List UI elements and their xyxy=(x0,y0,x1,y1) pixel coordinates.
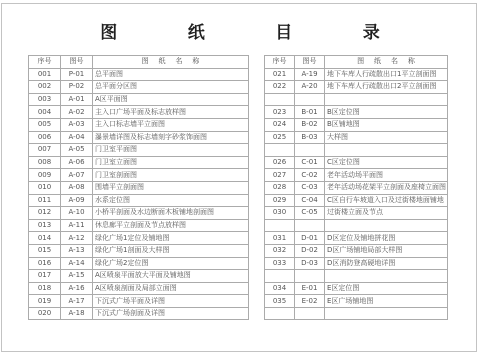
seq-cell: 002 xyxy=(29,81,61,94)
seq-cell: 008 xyxy=(29,156,61,169)
drawing-no-cell: D-02 xyxy=(295,244,325,257)
table-row: 001P-01总平面图 xyxy=(29,68,249,81)
header-drawing-no: 图号 xyxy=(61,56,93,69)
drawing-name-cell: 大样图 xyxy=(325,131,448,144)
drawing-no-cell: A-01 xyxy=(61,93,93,106)
drawing-no-cell: A-03 xyxy=(61,118,93,131)
seq-cell: 009 xyxy=(29,169,61,182)
drawing-name-cell: 老年活动场花架平立剖面及座椅立面图 xyxy=(325,181,448,194)
seq-cell: 034 xyxy=(265,282,295,295)
drawing-name-cell: 主入口广场平面及标志放样图 xyxy=(93,106,249,119)
drawing-no-cell: C-02 xyxy=(295,169,325,182)
seq-cell: 017 xyxy=(29,270,61,283)
table-row: 034E-01E区定位图 xyxy=(265,282,448,295)
drawing-no-cell: A-02 xyxy=(61,106,93,119)
seq-cell: 010 xyxy=(29,181,61,194)
drawing-name-cell: E区定位图 xyxy=(325,282,448,295)
seq-cell: 027 xyxy=(265,169,295,182)
drawing-name-cell xyxy=(325,93,448,106)
drawing-name-cell: B区定位图 xyxy=(325,106,448,119)
drawing-no-cell: A-13 xyxy=(61,244,93,257)
table-row xyxy=(265,219,448,232)
drawing-name-cell: C区定位图 xyxy=(325,156,448,169)
drawing-no-cell: A-05 xyxy=(61,144,93,157)
seq-cell xyxy=(265,144,295,157)
table-row: 003A-01A区平面图 xyxy=(29,93,249,106)
table-row: 006A-04瀑景墙详图及标志墙刻字砂浆饰面图 xyxy=(29,131,249,144)
seq-cell: 007 xyxy=(29,144,61,157)
seq-cell: 011 xyxy=(29,194,61,207)
table-row: 018A-16A区喷泉剖面及局部立面图 xyxy=(29,282,249,295)
page-title: 图 纸 目 录 xyxy=(0,18,480,43)
drawing-name-cell: 门卫室剖面图 xyxy=(93,169,249,182)
drawing-name-cell: 绿化广场2定位图 xyxy=(93,257,249,270)
drawing-name-cell: A区喷泉剖面及局部立面图 xyxy=(93,282,249,295)
header-seq: 序号 xyxy=(265,56,295,69)
table-row: 019A-17下沉式广场平面及详图 xyxy=(29,295,249,308)
drawing-name-cell: 门卫室立面图 xyxy=(93,156,249,169)
drawing-name-cell: 小桥平剖面及水边断面木板铺地剖面图 xyxy=(93,207,249,220)
drawing-name-cell xyxy=(325,219,448,232)
seq-cell: 022 xyxy=(265,81,295,94)
table-header-row: 序号 图号 图 纸 名 称 xyxy=(29,56,249,69)
table-row xyxy=(265,307,448,320)
drawing-index-table-right: 序号 图号 图 纸 名 称 021A-19地下车库人行疏散出口1平立剖面图022… xyxy=(264,55,448,320)
seq-cell: 014 xyxy=(29,232,61,245)
drawing-name-cell: 过街楼立面及节点 xyxy=(325,207,448,220)
seq-cell: 018 xyxy=(29,282,61,295)
drawing-no-cell: C-04 xyxy=(295,194,325,207)
table-row: 016A-14绿化广场2定位图 xyxy=(29,257,249,270)
drawing-no-cell xyxy=(295,219,325,232)
table-row: 007A-05门卫室平面图 xyxy=(29,144,249,157)
table-header-row: 序号 图号 图 纸 名 称 xyxy=(265,56,448,69)
seq-cell: 030 xyxy=(265,207,295,220)
seq-cell: 031 xyxy=(265,232,295,245)
table-row: 030C-05过街楼立面及节点 xyxy=(265,207,448,220)
drawing-no-cell: A-08 xyxy=(61,181,93,194)
table-row: 020A-18下沉式广场剖面及详图 xyxy=(29,307,249,320)
table-row: 017A-15A区喷泉平面放大平面及铺地图 xyxy=(29,270,249,283)
drawing-no-cell: A-15 xyxy=(61,270,93,283)
seq-cell: 016 xyxy=(29,257,61,270)
drawing-no-cell xyxy=(295,307,325,320)
drawing-no-cell: A-06 xyxy=(61,156,93,169)
drawing-name-cell xyxy=(325,270,448,283)
table-row: 022A-20地下车库人行疏散出口2平立剖面图 xyxy=(265,81,448,94)
drawing-no-cell: A-07 xyxy=(61,169,93,182)
seq-cell xyxy=(265,307,295,320)
drawing-no-cell: A-17 xyxy=(61,295,93,308)
drawing-name-cell: 老年活动场平面图 xyxy=(325,169,448,182)
seq-cell: 035 xyxy=(265,295,295,308)
drawing-name-cell: 水系定位图 xyxy=(93,194,249,207)
header-drawing-name: 图 纸 名 称 xyxy=(325,56,448,69)
drawing-no-cell: P-01 xyxy=(61,68,93,81)
drawing-name-cell: A区喷泉平面放大平面及铺地图 xyxy=(93,270,249,283)
seq-cell: 029 xyxy=(265,194,295,207)
drawing-no-cell xyxy=(295,270,325,283)
drawing-no-cell xyxy=(295,144,325,157)
seq-cell xyxy=(265,270,295,283)
table-row: 004A-02主入口广场平面及标志放样图 xyxy=(29,106,249,119)
seq-cell: 026 xyxy=(265,156,295,169)
seq-cell xyxy=(265,93,295,106)
table-row: 031D-01D区定位及铺地拼花图 xyxy=(265,232,448,245)
drawing-name-cell: 绿化广场1定位及铺地图 xyxy=(93,232,249,245)
table-row: 008A-06门卫室立面图 xyxy=(29,156,249,169)
seq-cell: 015 xyxy=(29,244,61,257)
drawing-name-cell: D区定位及铺地拼花图 xyxy=(325,232,448,245)
drawing-name-cell: 下沉式广场剖面及详图 xyxy=(93,307,249,320)
table-row: 026C-01C区定位图 xyxy=(265,156,448,169)
drawing-name-cell: D区消防登高硬地详图 xyxy=(325,257,448,270)
seq-cell: 012 xyxy=(29,207,61,220)
drawing-name-cell: D区广场铺地局部大样图 xyxy=(325,244,448,257)
drawing-no-cell: A-20 xyxy=(295,81,325,94)
seq-cell: 019 xyxy=(29,295,61,308)
drawing-no-cell xyxy=(295,93,325,106)
drawing-name-cell: E区广场铺地图 xyxy=(325,295,448,308)
drawing-name-cell xyxy=(325,307,448,320)
seq-cell: 003 xyxy=(29,93,61,106)
table-row xyxy=(265,270,448,283)
drawing-no-cell: D-03 xyxy=(295,257,325,270)
drawing-name-cell: B区铺地图 xyxy=(325,118,448,131)
drawing-name-cell: 绿化广场1剖面及大样图 xyxy=(93,244,249,257)
seq-cell: 020 xyxy=(29,307,61,320)
seq-cell: 006 xyxy=(29,131,61,144)
drawing-no-cell: B-01 xyxy=(295,106,325,119)
table-row: 010A-08围墙平立剖面图 xyxy=(29,181,249,194)
drawing-name-cell: A区平面图 xyxy=(93,93,249,106)
drawing-name-cell: 总平面分区图 xyxy=(93,81,249,94)
drawing-name-cell: 地下车库人行疏散出口2平立剖面图 xyxy=(325,81,448,94)
drawing-no-cell: E-01 xyxy=(295,282,325,295)
table-row xyxy=(265,144,448,157)
header-seq: 序号 xyxy=(29,56,61,69)
table-row: 013A-11休息廊平立剖面及节点放样图 xyxy=(29,219,249,232)
table-row: 032D-02D区广场铺地局部大样图 xyxy=(265,244,448,257)
table-row: 033D-03D区消防登高硬地详图 xyxy=(265,257,448,270)
drawing-name-cell: 门卫室平面图 xyxy=(93,144,249,157)
drawing-name-cell: 总平面图 xyxy=(93,68,249,81)
drawing-name-cell: 主入口标志墙平立面图 xyxy=(93,118,249,131)
table-row: 021A-19地下车库人行疏散出口1平立剖面图 xyxy=(265,68,448,81)
drawing-index-table-left: 序号 图号 图 纸 名 称 001P-01总平面图002P-02总平面分区图00… xyxy=(28,55,249,320)
seq-cell: 005 xyxy=(29,118,61,131)
seq-cell: 028 xyxy=(265,181,295,194)
table-row: 028C-03老年活动场花架平立剖面及座椅立面图 xyxy=(265,181,448,194)
table-row: 005A-03主入口标志墙平立面图 xyxy=(29,118,249,131)
table-row: 014A-12绿化广场1定位及铺地图 xyxy=(29,232,249,245)
table-row: 011A-09水系定位图 xyxy=(29,194,249,207)
table-row: 025B-03大样图 xyxy=(265,131,448,144)
seq-cell: 001 xyxy=(29,68,61,81)
drawing-name-cell: 地下车库人行疏散出口1平立剖面图 xyxy=(325,68,448,81)
drawing-no-cell: A-19 xyxy=(295,68,325,81)
table-row: 012A-10小桥平剖面及水边断面木板铺地剖面图 xyxy=(29,207,249,220)
table-row xyxy=(265,93,448,106)
seq-cell: 004 xyxy=(29,106,61,119)
drawing-no-cell: C-03 xyxy=(295,181,325,194)
drawing-no-cell: C-05 xyxy=(295,207,325,220)
table-row: 027C-02老年活动场平面图 xyxy=(265,169,448,182)
drawing-name-cell: 围墙平立剖面图 xyxy=(93,181,249,194)
drawing-no-cell: A-12 xyxy=(61,232,93,245)
table-row: 029C-04C区自行车坡道入口及过街楼地面铺地 xyxy=(265,194,448,207)
drawing-name-cell: C区自行车坡道入口及过街楼地面铺地 xyxy=(325,194,448,207)
drawing-no-cell: P-02 xyxy=(61,81,93,94)
drawing-name-cell: 下沉式广场平面及详图 xyxy=(93,295,249,308)
table-row: 015A-13绿化广场1剖面及大样图 xyxy=(29,244,249,257)
drawing-no-cell: E-02 xyxy=(295,295,325,308)
drawing-no-cell: A-14 xyxy=(61,257,93,270)
seq-cell: 024 xyxy=(265,118,295,131)
drawing-no-cell: A-09 xyxy=(61,194,93,207)
table-row: 023B-01B区定位图 xyxy=(265,106,448,119)
seq-cell: 023 xyxy=(265,106,295,119)
drawing-name-cell xyxy=(325,144,448,157)
table-row: 035E-02E区广场铺地图 xyxy=(265,295,448,308)
drawing-no-cell: C-01 xyxy=(295,156,325,169)
header-drawing-no: 图号 xyxy=(295,56,325,69)
seq-cell: 033 xyxy=(265,257,295,270)
seq-cell: 013 xyxy=(29,219,61,232)
seq-cell: 032 xyxy=(265,244,295,257)
seq-cell xyxy=(265,219,295,232)
seq-cell: 025 xyxy=(265,131,295,144)
drawing-no-cell: A-11 xyxy=(61,219,93,232)
drawing-no-cell: A-04 xyxy=(61,131,93,144)
drawing-no-cell: D-01 xyxy=(295,232,325,245)
drawing-no-cell: A-18 xyxy=(61,307,93,320)
drawing-no-cell: A-16 xyxy=(61,282,93,295)
drawing-name-cell: 休息廊平立剖面及节点放样图 xyxy=(93,219,249,232)
table-row: 024B-02B区铺地图 xyxy=(265,118,448,131)
drawing-no-cell: B-03 xyxy=(295,131,325,144)
drawing-no-cell: B-02 xyxy=(295,118,325,131)
table-row: 009A-07门卫室剖面图 xyxy=(29,169,249,182)
seq-cell: 021 xyxy=(265,68,295,81)
header-drawing-name: 图 纸 名 称 xyxy=(93,56,249,69)
drawing-name-cell: 瀑景墙详图及标志墙刻字砂浆饰面图 xyxy=(93,131,249,144)
drawing-no-cell: A-10 xyxy=(61,207,93,220)
table-row: 002P-02总平面分区图 xyxy=(29,81,249,94)
